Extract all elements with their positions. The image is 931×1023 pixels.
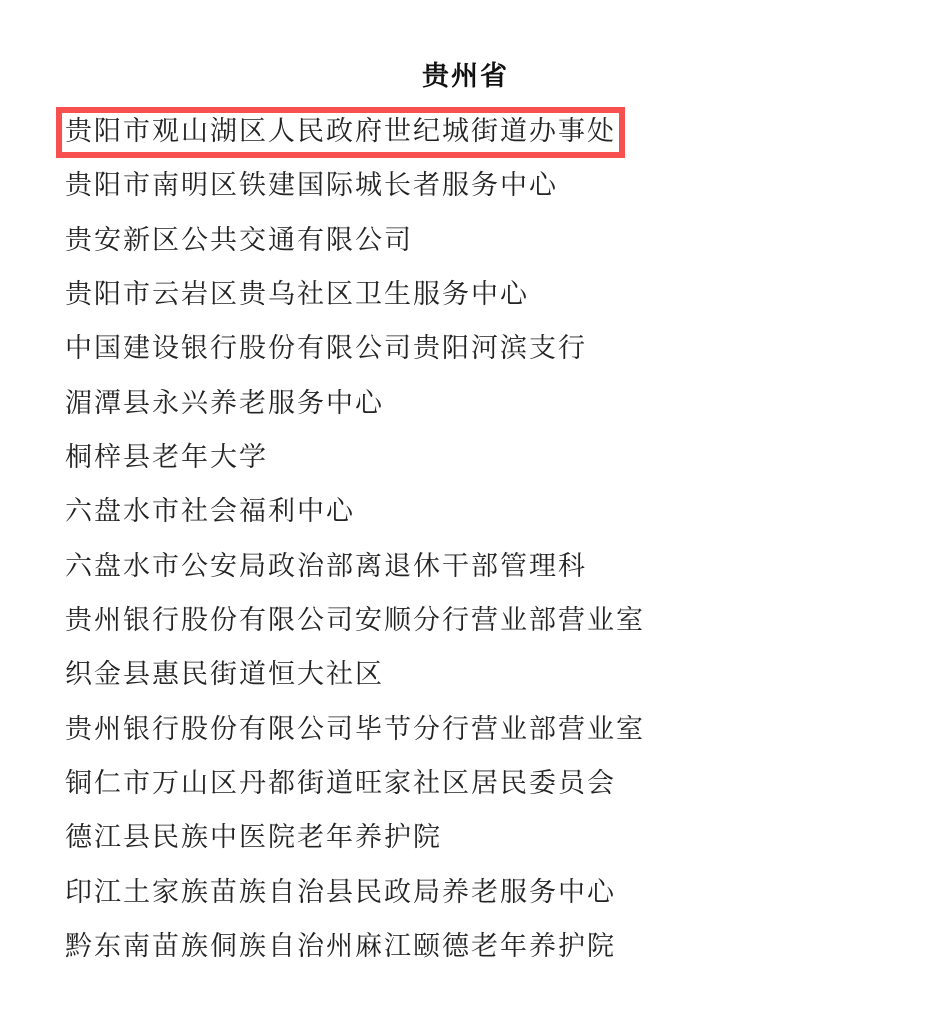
org-name: 六盘水市社会福利中心	[65, 494, 355, 528]
list-item: 贵阳市云岩区贵乌社区卫生服务中心	[65, 277, 931, 331]
list-item: 贵州银行股份有限公司毕节分行营业部营业室	[65, 712, 931, 766]
page-title: 贵州省	[0, 54, 931, 93]
org-name: 贵阳市云岩区贵乌社区卫生服务中心	[65, 277, 529, 311]
org-name: 六盘水市公安局政治部离退休干部管理科	[65, 549, 587, 583]
org-name: 铜仁市万山区丹都街道旺家社区居民委员会	[65, 766, 616, 800]
list-item: 贵安新区公共交通有限公司	[65, 223, 931, 277]
org-list: 贵阳市观山湖区人民政府世纪城街道办事处 贵阳市南明区铁建国际城长者服务中心 贵安…	[65, 114, 931, 983]
org-name: 贵安新区公共交通有限公司	[65, 223, 413, 257]
org-name: 德江县民族中医院老年养护院	[65, 820, 442, 854]
list-item: 织金县惠民街道恒大社区	[65, 657, 931, 711]
list-item: 六盘水市社会福利中心	[65, 494, 931, 548]
list-item: 贵州银行股份有限公司安顺分行营业部营业室	[65, 603, 931, 657]
org-name: 贵阳市观山湖区人民政府世纪城街道办事处	[65, 116, 616, 146]
list-item: 湄潭县永兴养老服务中心	[65, 386, 931, 440]
org-name: 贵州银行股份有限公司安顺分行营业部营业室	[65, 603, 645, 637]
list-item: 贵阳市南明区铁建国际城长者服务中心	[65, 168, 931, 222]
list-item: 六盘水市公安局政治部离退休干部管理科	[65, 549, 931, 603]
red-annotation-box: 贵阳市观山湖区人民政府世纪城街道办事处	[56, 107, 625, 158]
list-item: 中国建设银行股份有限公司贵阳河滨支行	[65, 331, 931, 385]
org-name: 黔东南苗族侗族自治州麻江颐德老年养护院	[65, 929, 616, 963]
org-name: 桐梓县老年大学	[65, 440, 268, 474]
list-item: 德江县民族中医院老年养护院	[65, 820, 931, 874]
list-item: 铜仁市万山区丹都街道旺家社区居民委员会	[65, 766, 931, 820]
org-name: 贵阳市南明区铁建国际城长者服务中心	[65, 168, 558, 202]
list-item: 桐梓县老年大学	[65, 440, 931, 494]
list-item: 印江土家族苗族自治县民政局养老服务中心	[65, 875, 931, 929]
list-item: 黔东南苗族侗族自治州麻江颐德老年养护院	[65, 929, 931, 983]
org-name: 中国建设银行股份有限公司贵阳河滨支行	[65, 331, 587, 365]
org-name: 织金县惠民街道恒大社区	[65, 657, 384, 691]
org-name: 印江土家族苗族自治县民政局养老服务中心	[65, 875, 616, 909]
document-page: 贵州省 贵阳市观山湖区人民政府世纪城街道办事处 贵阳市南明区铁建国际城长者服务中…	[0, 0, 931, 1023]
org-name: 贵州银行股份有限公司毕节分行营业部营业室	[65, 712, 645, 746]
list-item: 贵阳市观山湖区人民政府世纪城街道办事处	[65, 114, 931, 168]
org-name: 湄潭县永兴养老服务中心	[65, 386, 384, 420]
